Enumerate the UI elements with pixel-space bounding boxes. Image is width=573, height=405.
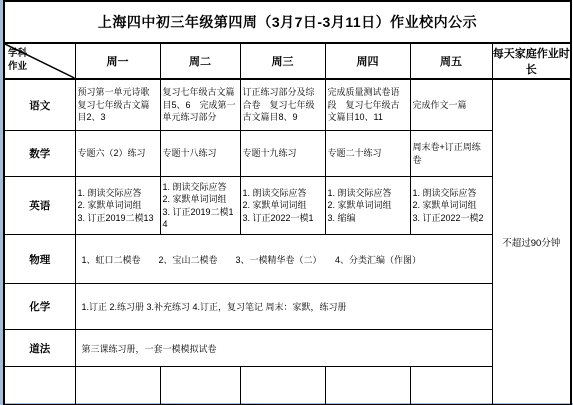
cell-empty-wednesday <box>240 367 325 405</box>
header-thursday: 周四 <box>325 43 410 79</box>
cell-empty-tuesday <box>160 367 240 405</box>
cell-chinese-friday: 完成作文一篇 <box>410 79 492 131</box>
subject-math: 数学 <box>4 131 75 177</box>
row-empty <box>4 367 571 405</box>
cell-math-thursday: 专题二十练习 <box>325 131 410 177</box>
cell-chinese-monday: 预习第一单元诗歌 复习七年级古文篇目2、3 <box>75 79 160 131</box>
cell-math-friday: 周末卷+订正周练卷 <box>410 131 492 177</box>
row-english: 英语 1. 朗读交际应答 2. 家默单词词组 3. 订正2019二模13 1. … <box>4 177 571 235</box>
title-row: 上海四中初三年级第四周（3月7日-3月11日）作业校内公示 <box>4 1 571 43</box>
cell-english-friday: 1. 朗读交际应答 2. 家默单词词组 3. 订正2022一模2 <box>410 177 492 235</box>
cell-math-tuesday: 专题十八练习 <box>160 131 240 177</box>
row-morality-law: 道法 第三课练习册，一套一模模拟试卷 <box>4 330 571 367</box>
header-row: 学科 作业 周一 周二 周三 周四 周五 每天家庭作业时长 <box>4 43 571 79</box>
header-tuesday: 周二 <box>160 43 240 79</box>
cell-chemistry-week: 1.订正 2.练习册 3.补充练习 4.订正，复习笔记 周末：家默，练习册 <box>75 284 492 330</box>
subject-morality-law: 道法 <box>4 330 75 367</box>
subject-empty <box>4 367 75 405</box>
corner-label-homework: 作业 <box>8 58 27 72</box>
homework-schedule-table: 上海四中初三年级第四周（3月7日-3月11日）作业校内公示 学科 作业 周一 周… <box>3 0 572 405</box>
daily-duration-value: 不超过90分钟 <box>492 79 571 405</box>
cell-english-thursday: 1. 朗读交际应答 2. 家默单词词组 3. 缩编 <box>325 177 410 235</box>
header-daily-duration: 每天家庭作业时长 <box>492 43 571 79</box>
corner-cell: 学科 作业 <box>4 43 75 79</box>
cell-math-wednesday: 专题十九练习 <box>240 131 325 177</box>
cell-empty-friday <box>410 367 492 405</box>
header-friday: 周五 <box>410 43 492 79</box>
cell-english-monday: 1. 朗读交际应答 2. 家默单词词组 3. 订正2019二模13 <box>75 177 160 235</box>
cell-empty-thursday <box>325 367 410 405</box>
row-math: 数学 专题六（2）练习 专题十八练习 专题十九练习 专题二十练习 周末卷+订正周… <box>4 131 571 177</box>
page-title: 上海四中初三年级第四周（3月7日-3月11日）作业校内公示 <box>4 1 571 43</box>
subject-english: 英语 <box>4 177 75 235</box>
row-physics: 物理 1、虹口二模卷 2、宝山二模卷 3、一模精华卷（二） 4、分类汇编（作图） <box>4 235 571 284</box>
cell-english-wednesday: 1. 朗读交际应答 2. 家默单词词组 3. 订正2022一模1 <box>240 177 325 235</box>
cell-math-monday: 专题六（2）练习 <box>75 131 160 177</box>
subject-chinese: 语文 <box>4 79 75 131</box>
cell-chinese-thursday: 完成质量测试卷语段 复习七年级古文篇目10、11 <box>325 79 410 131</box>
subject-physics: 物理 <box>4 235 75 284</box>
cell-morality-law-week: 第三课练习册，一套一模模拟试卷 <box>75 330 492 367</box>
subject-chemistry: 化学 <box>4 284 75 330</box>
row-chinese: 语文 预习第一单元诗歌 复习七年级古文篇目2、3 复习七年级古文篇目5、6 完成… <box>4 79 571 131</box>
cell-physics-week: 1、虹口二模卷 2、宝山二模卷 3、一模精华卷（二） 4、分类汇编（作图） <box>75 235 492 284</box>
header-monday: 周一 <box>75 43 160 79</box>
cell-chinese-tuesday: 复习七年级古文篇目5、6 完成第一单元练习部分 <box>160 79 240 131</box>
row-chemistry: 化学 1.订正 2.练习册 3.补充练习 4.订正，复习笔记 周末：家默，练习册 <box>4 284 571 330</box>
cell-empty-monday <box>75 367 160 405</box>
header-wednesday: 周三 <box>240 43 325 79</box>
cell-chinese-wednesday: 订正练习部分及综合卷 复习七年级古文篇目8、9 <box>240 79 325 131</box>
cell-english-tuesday: 1. 朗读交际应答 2. 家默单词词组 3. 订正2019二模14 <box>160 177 240 235</box>
corner-label-subject: 学科 <box>8 45 27 59</box>
